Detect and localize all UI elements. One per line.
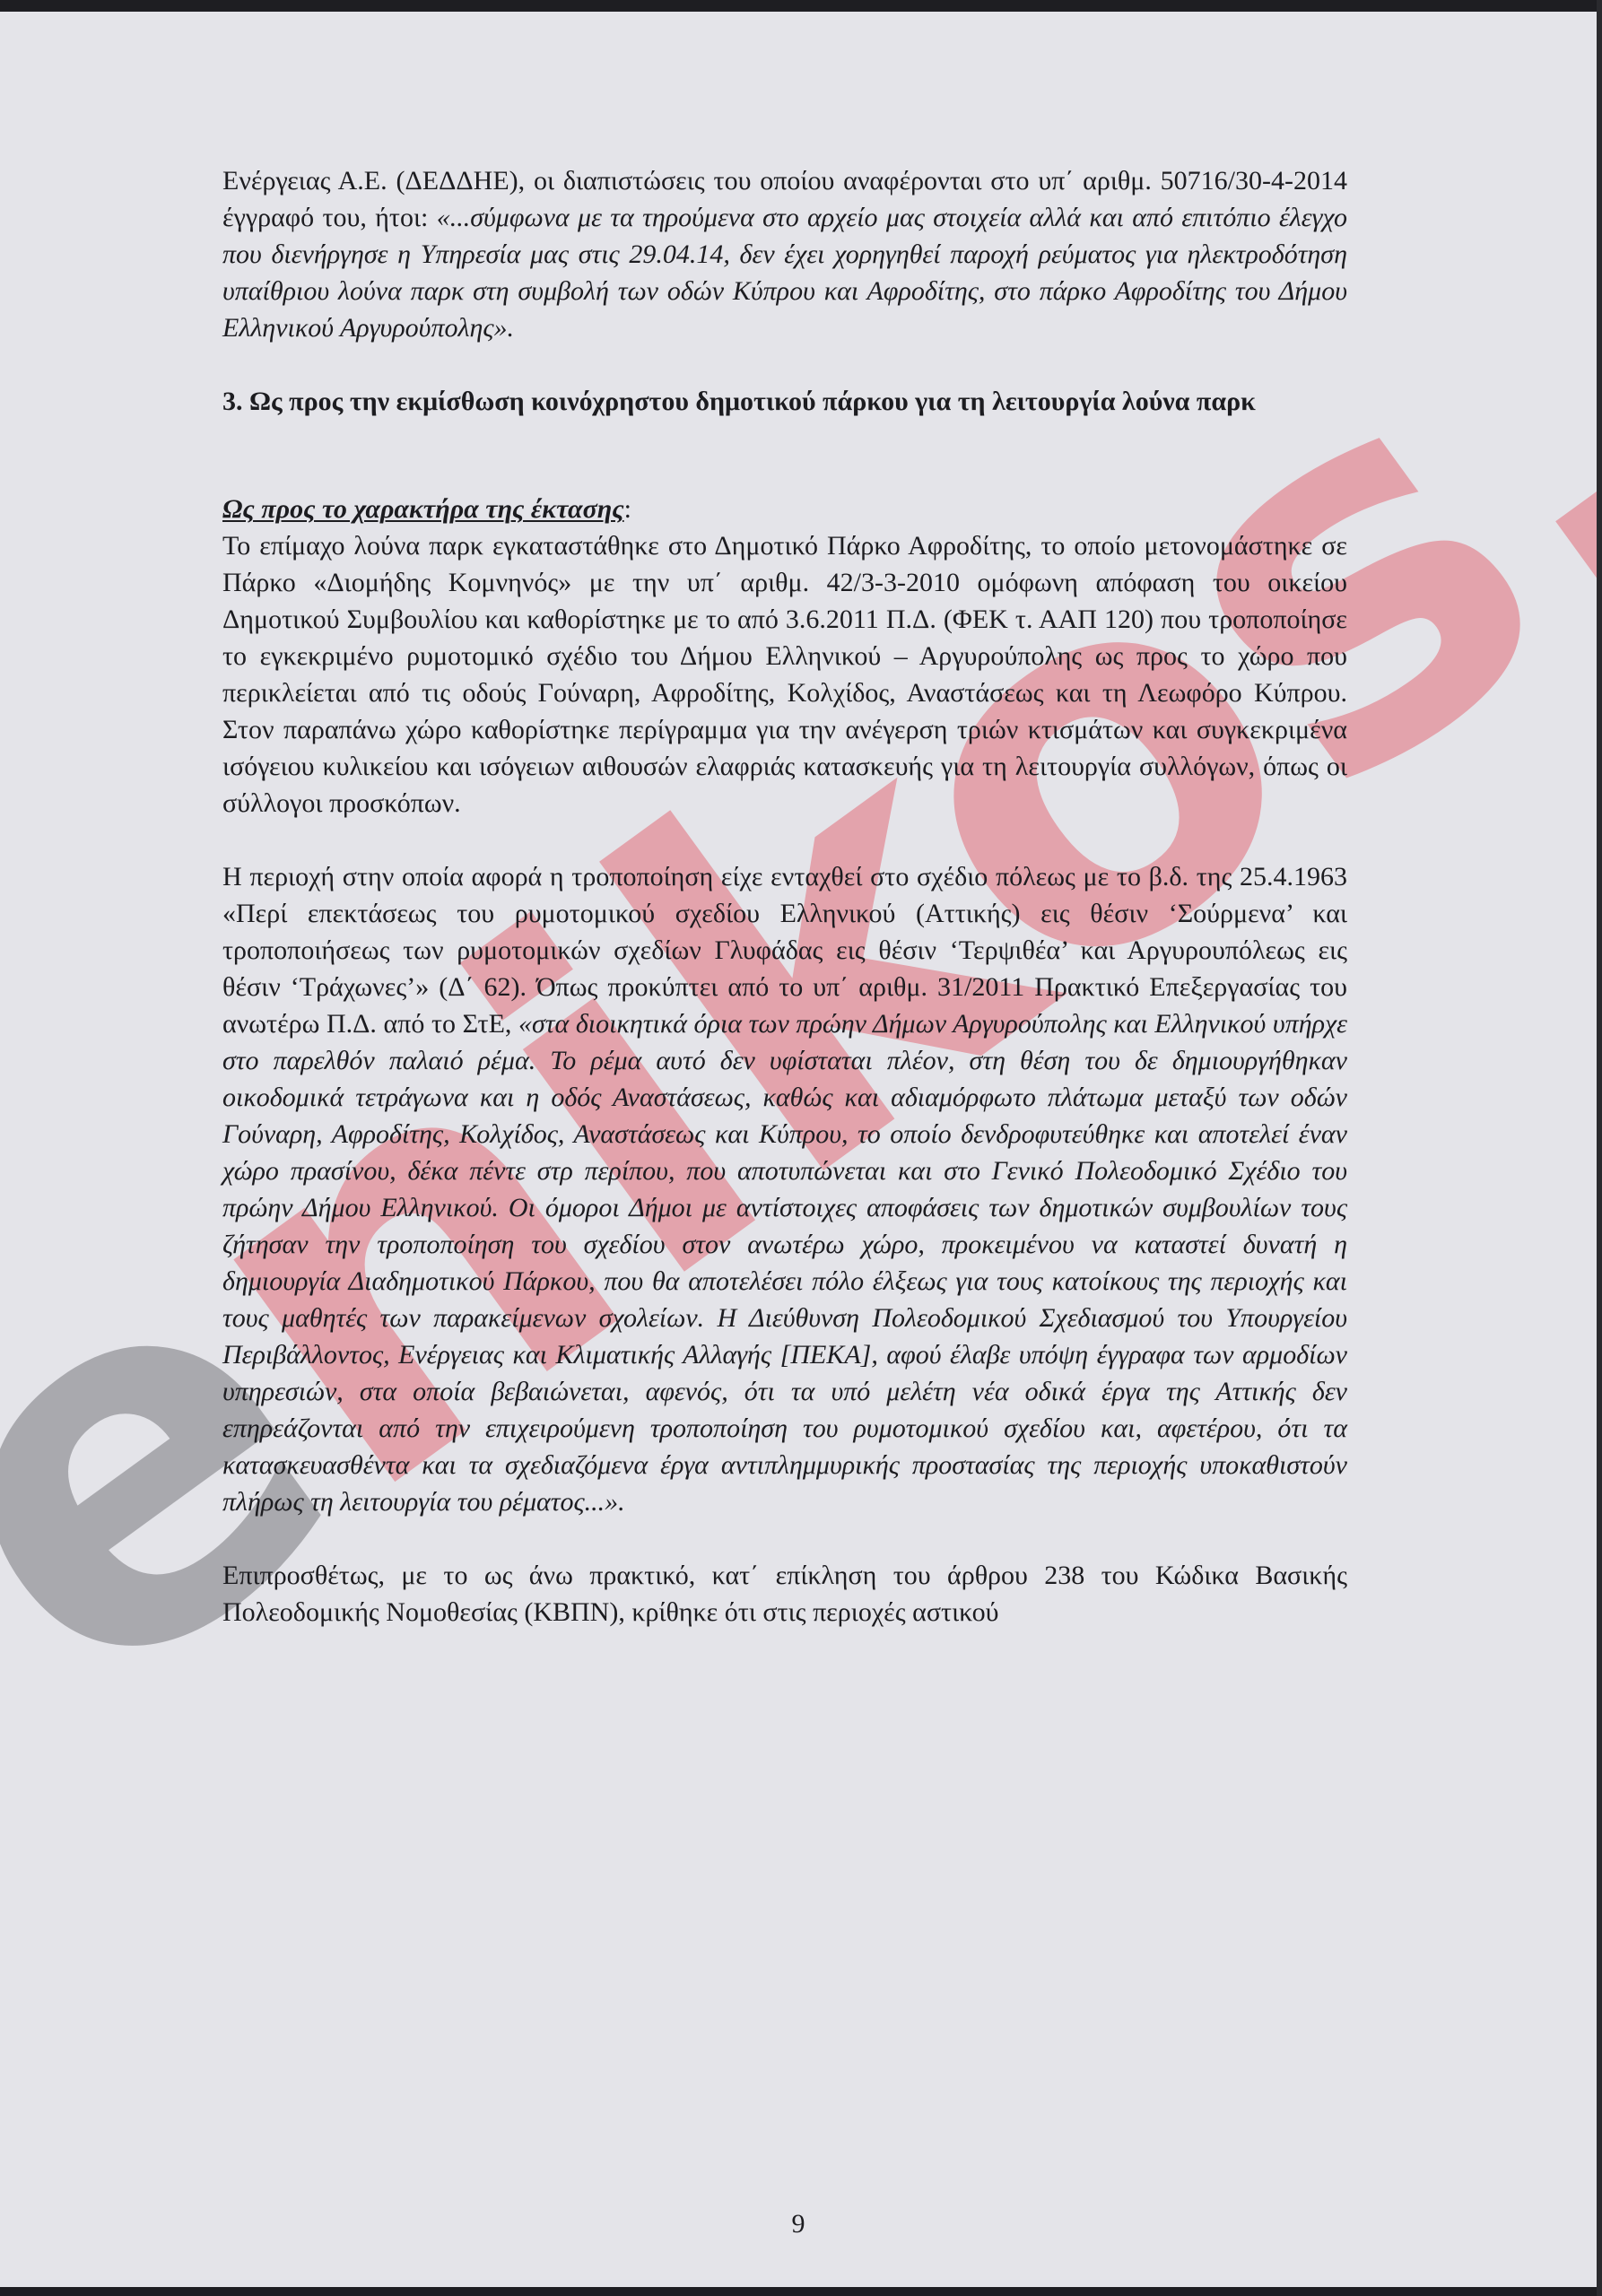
document-page: enikos.gr Ενέργειας Α.Ε. (ΔΕΔΔΗΕ), οι δι… xyxy=(0,12,1597,2287)
paragraph-kbpn: Επιπροσθέτως, με το ως άνω πρακτικό, κατ… xyxy=(222,1557,1347,1631)
subheading-label: Ως προς το χαρακτήρα της έκτασης xyxy=(222,494,624,524)
page-number: 9 xyxy=(0,2209,1597,2239)
section-heading: 3. Ως προς την εκμίσθωση κοινόχρηστου δη… xyxy=(222,383,1347,420)
paragraph-deddie-finding: Ενέργειας Α.Ε. (ΔΕΔΔΗΕ), οι διαπιστώσεις… xyxy=(222,162,1347,346)
paragraph-park-history: Το επίμαχο λούνα παρκ εγκαταστάθηκε στο … xyxy=(222,527,1347,822)
paragraph-town-plan: Η περιοχή στην οποία αφορά η τροποποίηση… xyxy=(222,858,1347,1520)
subheading-suffix: : xyxy=(624,494,631,524)
scan-edge xyxy=(1597,0,1602,2296)
subheading: Ως προς το χαρακτήρα της έκτασης: xyxy=(222,491,1347,527)
document-body: Ενέργειας Α.Ε. (ΔΕΔΔΗΕ), οι διαπιστώσεις… xyxy=(222,162,1347,1631)
quoted-text: «στα διοικητικά όρια των πρώην Δήμων Αργ… xyxy=(222,1009,1347,1517)
